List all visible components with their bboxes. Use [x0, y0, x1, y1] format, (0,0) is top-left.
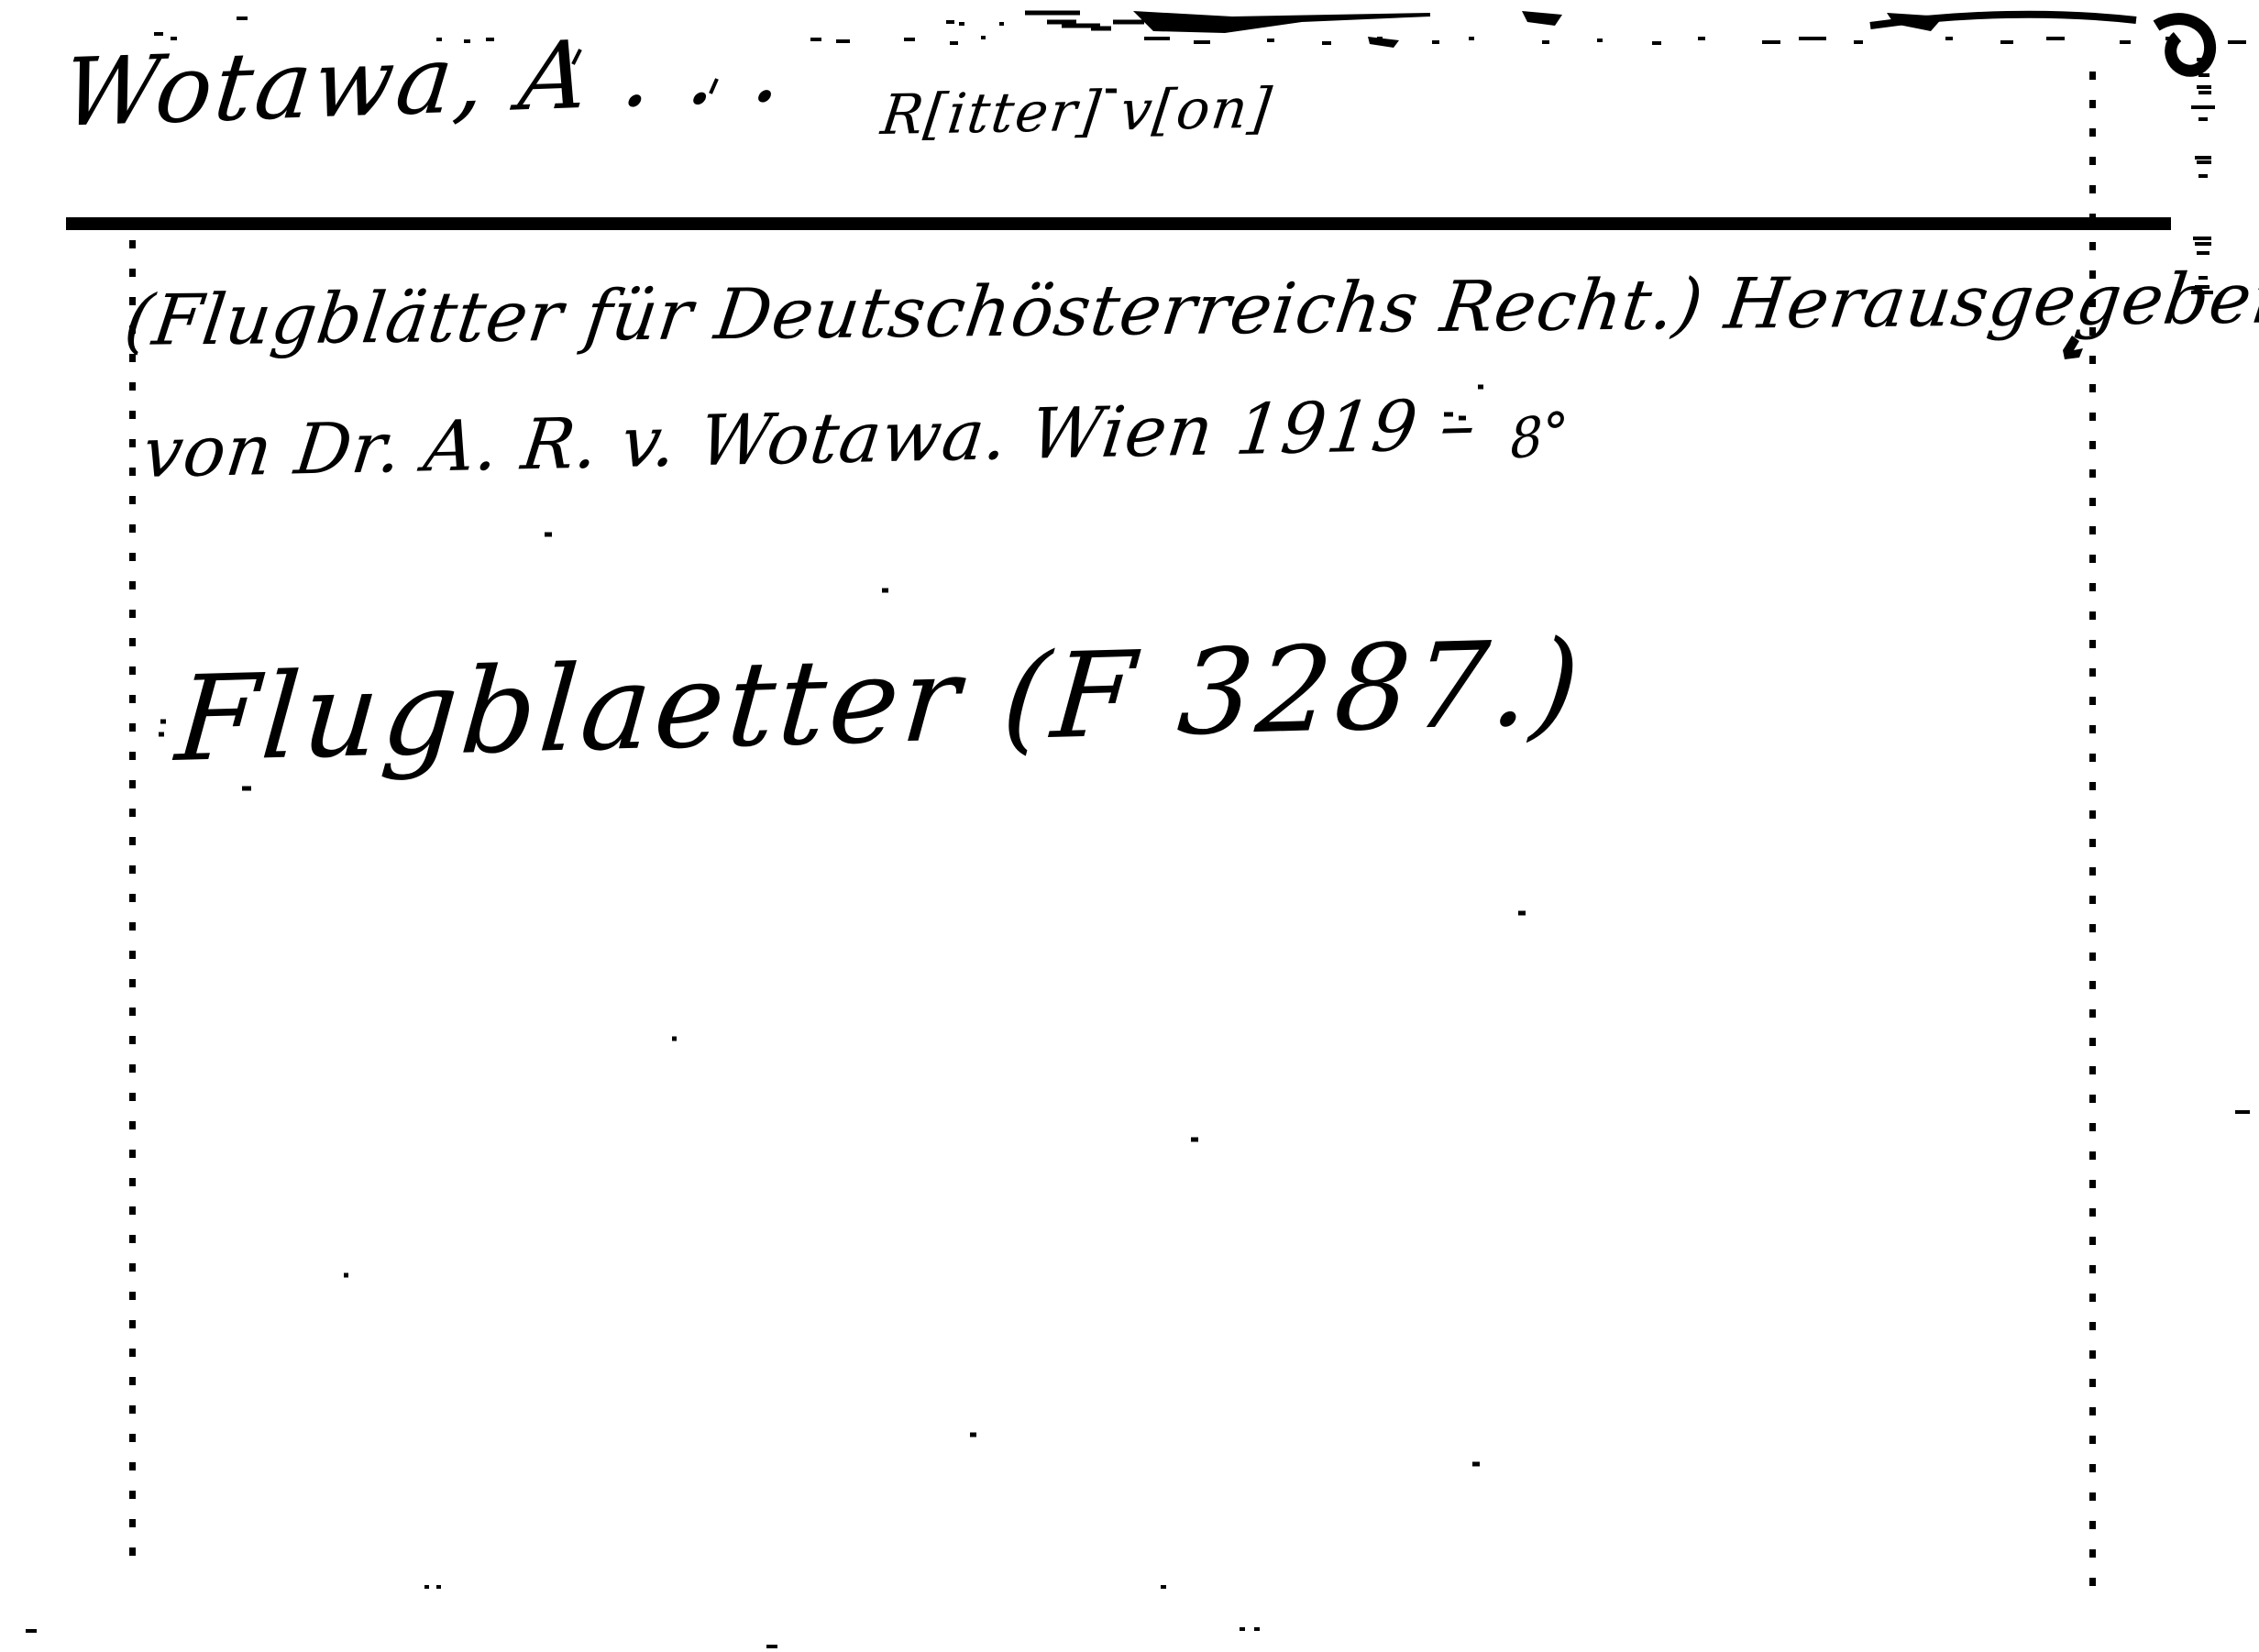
honorific-note: R[itter] v[on] [878, 81, 1275, 143]
entry-line-1: (Flugblätter für Deutschösterreichs Rech… [121, 263, 2259, 356]
format-notation: 8° [1509, 403, 1570, 468]
shelfmark-line: Flugblaetter (F 3287.) [172, 625, 1587, 779]
catalog-card: Wotawa, A . . . R[itter] v[on] (Flugblät… [0, 0, 2259, 1652]
left-dotted-border [129, 240, 136, 1575]
heading-rule [66, 217, 2171, 230]
author-heading: Wotawa, A . . . [59, 22, 790, 141]
scan-noise [0, 0, 2259, 1652]
entry-line-2: von Dr. A. R. v. Wotawa. Wien 1919 – [139, 390, 1481, 488]
